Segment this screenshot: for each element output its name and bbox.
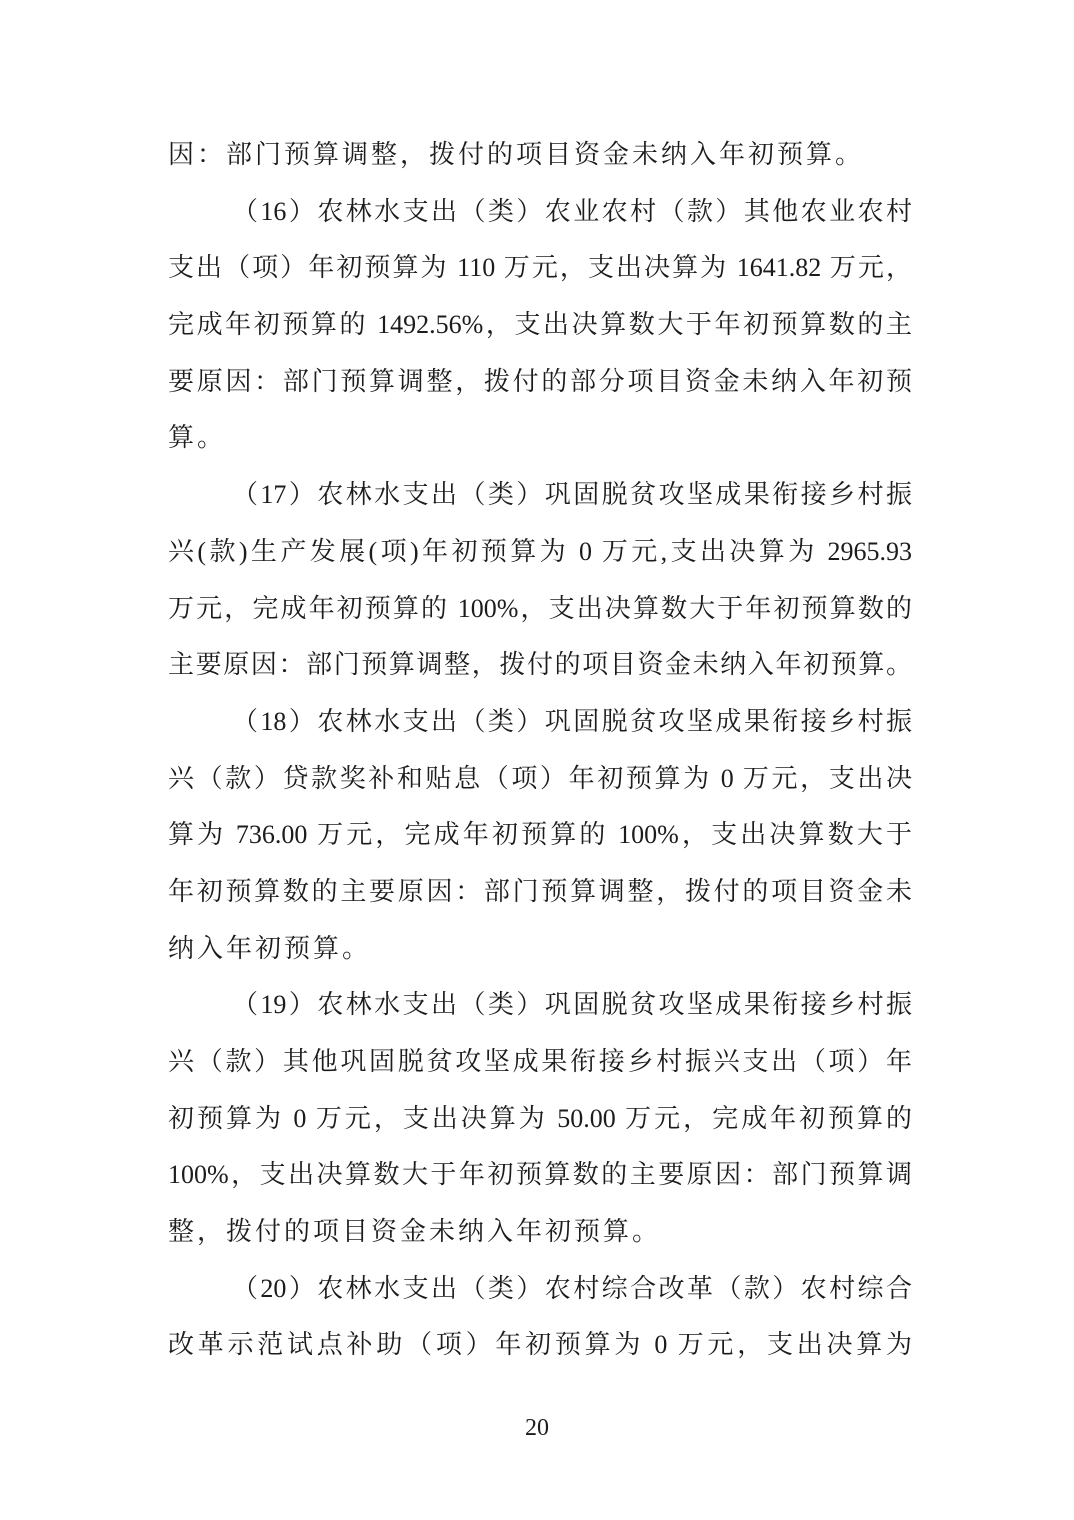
text-line: 算为 736.00 万元，完成年初预算的 100%，支出决算数大于 <box>168 807 912 864</box>
text-line-item-17-start: （17）农林水支出（类）巩固脱贫攻坚成果衔接乡村振 <box>168 467 912 524</box>
text-line-item-18-start: （18）农林水支出（类）巩固脱贫攻坚成果衔接乡村振 <box>168 694 912 751</box>
text-line-item-20-start: （20）农林水支出（类）农村综合改革（款）农村综合 <box>168 1261 912 1318</box>
text-line-item-19-start: （19）农林水支出（类）巩固脱贫攻坚成果衔接乡村振 <box>168 977 912 1034</box>
text-line: 兴（款）其他巩固脱贫攻坚成果衔接乡村振兴支出（项）年 <box>168 1034 912 1091</box>
text-line: 初预算为 0 万元，支出决算为 50.00 万元，完成年初预算的 <box>168 1091 912 1148</box>
text-line: 主要原因：部门预算调整，拨付的项目资金未纳入年初预算。 <box>168 637 912 694</box>
text-line: 100%，支出决算数大于年初预算数的主要原因：部门预算调 <box>168 1147 912 1204</box>
text-line: 整，拨付的项目资金未纳入年初预算。 <box>168 1204 912 1261</box>
text-line: 算。 <box>168 410 912 467</box>
text-line: 纳入年初预算。 <box>168 921 912 978</box>
text-line: 万元，完成年初预算的 100%，支出决算数大于年初预算数的 <box>168 581 912 638</box>
document-body-text: 因：部门预算调整，拨付的项目资金未纳入年初预算。 （16）农林水支出（类）农业农… <box>168 127 912 1374</box>
text-line: 改革示范试点补助（项）年初预算为 0 万元，支出决算为 <box>168 1317 912 1374</box>
text-line: 要原因：部门预算调整，拨付的部分项目资金未纳入年初预 <box>168 354 912 411</box>
text-line: 支出（项）年初预算为 110 万元，支出决算为 1641.82 万元， <box>168 240 912 297</box>
text-line: 年初预算数的主要原因：部门预算调整，拨付的项目资金未 <box>168 864 912 921</box>
text-line-item-16-start: （16）农林水支出（类）农业农村（款）其他农业农村 <box>168 184 912 241</box>
text-line: 兴（款）贷款奖补和贴息（项）年初预算为 0 万元，支出决 <box>168 751 912 808</box>
document-page: 因：部门预算调整，拨付的项目资金未纳入年初预算。 （16）农林水支出（类）农业农… <box>0 0 1074 1520</box>
page-number: 20 <box>0 1415 1074 1442</box>
text-line: 兴(款)生产发展(项)年初预算为 0 万元,支出决算为 2965.93 <box>168 524 912 581</box>
text-line: 因：部门预算调整，拨付的项目资金未纳入年初预算。 <box>168 127 912 184</box>
text-line: 完成年初预算的 1492.56%，支出决算数大于年初预算数的主 <box>168 297 912 354</box>
